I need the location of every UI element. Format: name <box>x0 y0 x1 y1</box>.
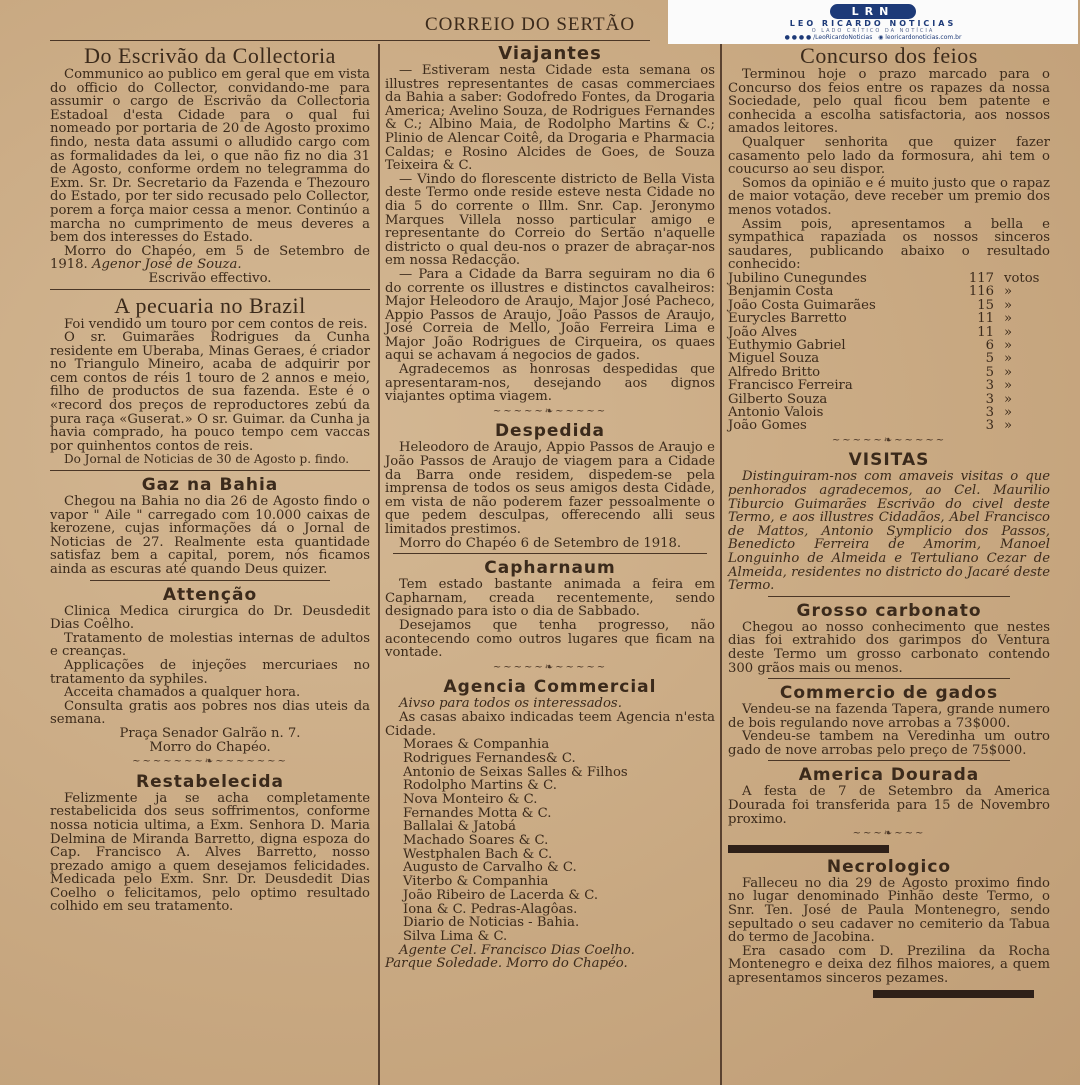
firm-item: Nova Monteiro & C. <box>403 793 715 807</box>
separator <box>50 289 370 290</box>
candidate-name: Miguel Souza <box>728 352 954 365</box>
firm-list: Moraes & CompanhiaRodrigues Fernandes& C… <box>385 738 715 944</box>
article-body: A festa de 7 de Setembro da America Dour… <box>728 785 1050 826</box>
separator <box>768 596 1010 597</box>
article-body: Chegou na Bahia no dia 26 de Agosto find… <box>50 495 370 577</box>
candidate-name: Alfredo Britto <box>728 366 954 379</box>
article-paragraph: Foi vendido um touro por cem contos de r… <box>50 318 370 332</box>
agent-line: Agente Cel. Francisco Dias Coelho. <box>385 944 715 958</box>
article-body: Chegou ao nosso conhecimento que nestes … <box>728 621 1050 675</box>
vote-count: 116 <box>954 285 1004 298</box>
article-paragraph: Desejamos que tenha progresso, não acont… <box>385 619 715 660</box>
article-title: Restabelecida <box>50 772 370 792</box>
article-title: Despedida <box>385 421 715 441</box>
vote-count: 3 <box>954 393 1004 406</box>
firm-item: Rodolpho Martins & C. <box>403 779 715 793</box>
article-title: Concurso dos feios <box>728 44 1050 68</box>
firm-item: Machado Soares & C. <box>403 834 715 848</box>
ad-city: Morro do Chapéo. <box>50 741 370 755</box>
separator <box>90 580 330 581</box>
article-paragraph: Somos da opinião e é muito justo que o r… <box>728 177 1050 218</box>
candidate-name: João Gomes <box>728 419 954 432</box>
vote-count: 15 <box>954 299 1004 312</box>
column-divider <box>378 44 380 1085</box>
lrn-logo-icon: LRN <box>830 4 917 19</box>
masthead-rule <box>50 40 650 41</box>
watermark-banner: LRN LEO RICARDO NOTICIAS O LADO CRÍTICO … <box>668 0 1078 44</box>
article-gaz: Gaz na Bahia Chegou na Bahia no dia 26 d… <box>50 475 370 577</box>
candidate-name: Euthymio Gabriel <box>728 339 954 352</box>
votes-table: Jubilino Cunegundes117votosBenjamin Cost… <box>728 272 1050 433</box>
signature-role: Escrivão effectivo. <box>50 272 370 286</box>
article-paragraph: Tem estado bastante animada a feira em C… <box>385 578 715 619</box>
candidate-name: Benjamin Costa <box>728 285 954 298</box>
candidate-name: Gilberto Souza <box>728 393 954 406</box>
article-viajantes: Viajantes — Estiveram nesta Cidade esta … <box>385 44 715 404</box>
mourning-bar <box>728 845 889 853</box>
firm-item: Diario de Noticias - Bahia. <box>403 916 715 930</box>
column-divider <box>720 44 722 1085</box>
agent-place: Parque Soledade. Morro do Chapéo. <box>385 957 715 971</box>
firm-item: Rodrigues Fernandes& C. <box>403 752 715 766</box>
firm-item: Ballalai & Jatobá <box>403 820 715 834</box>
dateline: Morro do Chapéo 6 de Setembro de 1918. <box>385 537 715 551</box>
vote-row: João Alves11» <box>728 326 1050 339</box>
article-paragraph: Vendeu-se tambem na Veredinha um outro g… <box>728 730 1050 757</box>
article-necrologico: Necrologico Falleceu no dia 29 de Agosto… <box>728 857 1050 986</box>
firm-item: Fernandes Motta & C. <box>403 807 715 821</box>
vote-count: 11 <box>954 312 1004 325</box>
firm-item: João Ribeiro de Lacerda & C. <box>403 889 715 903</box>
firm-item: Viterbo & Companhia <box>403 875 715 889</box>
article-attencao: Attenção Clinica Medica cirurgica do Dr.… <box>50 585 370 755</box>
vote-count: 117 <box>954 272 1004 285</box>
ornament-divider: ~~~~~~~❧~~~~~~~ <box>50 755 370 769</box>
vote-row: Alfredo Britto5» <box>728 366 1050 379</box>
ornament-divider: ~~~❧~~~ <box>728 827 1050 841</box>
vote-count: 5 <box>954 352 1004 365</box>
article-title: Agencia Commercial <box>385 677 715 697</box>
article-title: Viajantes <box>385 44 715 64</box>
article-paragraph: — Vindo do florescente districto de Bell… <box>385 173 715 268</box>
separator <box>393 553 707 554</box>
article-source: Do Jornal de Noticias de 30 de Agosto p.… <box>50 453 370 467</box>
article-title: Attenção <box>50 585 370 605</box>
article-intro: As casas abaixo indicadas teem Agencia n… <box>385 711 715 738</box>
social-icons: ● ● ● ● <box>785 34 814 41</box>
article-title: Commercio de gados <box>728 683 1050 703</box>
article-title: America Dourada <box>728 765 1050 785</box>
vote-unit: » <box>1004 299 1050 312</box>
article-body: Felizmente ja se acha completamente rest… <box>50 792 370 914</box>
vote-count: 5 <box>954 366 1004 379</box>
dateline: Morro do Chapéo, em 5 de Setembro de 191… <box>50 245 370 272</box>
article-concurso: Concurso dos feios Terminou hoje o prazo… <box>728 44 1050 433</box>
article-escrivao: Do Escrivão da Collectoria Communico ao … <box>50 44 370 286</box>
article-paragraph: Assim pois, apresentamos a bella e sympa… <box>728 218 1050 272</box>
vote-row: Benjamin Costa116» <box>728 285 1050 298</box>
article-pecuaria: A pecuaria no Brazil Foi vendido um tour… <box>50 294 370 468</box>
article-agencia: Agencia Commercial Aivso para todos os i… <box>385 677 715 971</box>
candidate-name: Jubilino Cunegundes <box>728 272 954 285</box>
article-despedida: Despedida Heleodoro de Araujo, Appio Pas… <box>385 421 715 550</box>
candidate-name: Francisco Ferreira <box>728 379 954 392</box>
firm-item: Augusto de Carvalho & C. <box>403 861 715 875</box>
vote-unit: » <box>1004 406 1050 419</box>
vote-row: Antonio Valois3» <box>728 406 1050 419</box>
ornament-divider: ~~~~~❧~~~~~ <box>385 661 715 675</box>
vote-unit: » <box>1004 419 1050 432</box>
firm-item: Antonio de Seixas Salles & Filhos <box>403 766 715 780</box>
vote-row: Eurycles Barretto11» <box>728 312 1050 325</box>
vote-count: 3 <box>954 406 1004 419</box>
vote-count: 3 <box>954 419 1004 432</box>
article-paragraph: Agradecemos as honrosas despedidas que a… <box>385 363 715 404</box>
article-title: Necrologico <box>728 857 1050 877</box>
mourning-bar <box>873 990 1034 998</box>
article-restabelecida: Restabelecida Felizmente ja se acha comp… <box>50 772 370 914</box>
vote-row: João Gomes3» <box>728 419 1050 432</box>
candidate-name: Eurycles Barretto <box>728 312 954 325</box>
watermark-social: ● ● ● ● /LeoRicardoNoticias ◉ leoricardo… <box>668 34 1078 42</box>
vote-row: Francisco Ferreira3» <box>728 379 1050 392</box>
separator <box>768 678 1010 679</box>
article-title: Gaz na Bahia <box>50 475 370 495</box>
article-carbonato: Grosso carbonato Chegou ao nosso conheci… <box>728 601 1050 675</box>
article-title: VISITAS <box>728 450 1050 470</box>
vote-count: 11 <box>954 326 1004 339</box>
article-title: A pecuaria no Brazil <box>50 294 370 318</box>
column-3: Concurso dos feios Terminou hoje o prazo… <box>728 44 1050 1002</box>
ad-line: Consulta gratis aos pobres nos dias utei… <box>50 700 370 727</box>
watermark-name: LEO RICARDO NOTICIAS <box>668 19 1078 28</box>
ad-line: Acceita chamados a qualquer hora. <box>50 686 370 700</box>
candidate-name: Antonio Valois <box>728 406 954 419</box>
vote-count: 6 <box>954 339 1004 352</box>
vote-row: Jubilino Cunegundes117votos <box>728 272 1050 285</box>
article-america: America Dourada A festa de 7 de Setembro… <box>728 765 1050 826</box>
vote-row: Euthymio Gabriel6» <box>728 339 1050 352</box>
newspaper-masthead: CORREIO DO SERTÃO <box>425 14 675 36</box>
firm-item: Westphalen Bach & C. <box>403 848 715 862</box>
vote-unit: » <box>1004 379 1050 392</box>
vote-unit: » <box>1004 366 1050 379</box>
article-paragraph: Falleceu no dia 29 de Agosto proximo fin… <box>728 877 1050 945</box>
article-capharnaum: Capharnaum Tem estado bastante animada a… <box>385 558 715 660</box>
vote-unit: » <box>1004 393 1050 406</box>
vote-unit: » <box>1004 312 1050 325</box>
article-paragraph: Qualquer senhorita que quizer fazer casa… <box>728 136 1050 177</box>
ornament-divider: ~~~~~❧~~~~~ <box>728 434 1050 448</box>
article-title: Grosso carbonato <box>728 601 1050 621</box>
vote-unit: » <box>1004 285 1050 298</box>
separator <box>50 470 370 471</box>
article-paragraph: — Estiveram nesta Cidade esta semana os … <box>385 64 715 173</box>
vote-unit: » <box>1004 352 1050 365</box>
firm-item: Moraes & Companhia <box>403 738 715 752</box>
firm-item: Iona & C. Pedras-Alagôas. <box>403 903 715 917</box>
article-body: Distinguiram-nos com amaveis visitas o q… <box>728 470 1050 592</box>
vote-row: João Costa Guimarães15» <box>728 299 1050 312</box>
article-body: Communico ao publico em geral que em vis… <box>50 68 370 245</box>
vote-unit: votos <box>1004 272 1050 285</box>
separator <box>768 760 1010 761</box>
candidate-name: João Alves <box>728 326 954 339</box>
vote-row: Gilberto Souza3» <box>728 393 1050 406</box>
article-paragraph: Terminou hoje o prazo marcado para o Con… <box>728 68 1050 136</box>
column-2: Viajantes — Estiveram nesta Cidade esta … <box>385 44 715 971</box>
vote-count: 3 <box>954 379 1004 392</box>
article-visitas: VISITAS Distinguiram-nos com amaveis vis… <box>728 450 1050 592</box>
ad-line: Applicações de injeções mercuriaes no tr… <box>50 659 370 686</box>
article-paragraph: — Para a Cidade da Barra seguiram no dia… <box>385 268 715 363</box>
article-title: Capharnaum <box>385 558 715 578</box>
article-gados: Commercio de gados Vendeu-se na fazenda … <box>728 683 1050 757</box>
firm-item: Silva Lima & C. <box>403 930 715 944</box>
candidate-name: João Costa Guimarães <box>728 299 954 312</box>
vote-unit: » <box>1004 326 1050 339</box>
column-1: Do Escrivão da Collectoria Communico ao … <box>50 44 370 914</box>
ad-address: Praça Senador Galrão n. 7. <box>50 727 370 741</box>
article-paragraph: Era casado com D. Prezilina da Rocha Mon… <box>728 945 1050 986</box>
article-paragraph: O sr. Guimarães Rodrigues da Cunha resid… <box>50 331 370 453</box>
ornament-divider: ~~~~~❧~~~~~ <box>385 405 715 419</box>
article-title: Do Escrivão da Collectoria <box>50 44 370 68</box>
vote-row: Miguel Souza5» <box>728 352 1050 365</box>
article-subtitle: Aivso para todos os interessados. <box>385 697 715 711</box>
ad-line: Tratamento de molestias internas de adul… <box>50 632 370 659</box>
article-paragraph: Vendeu-se na fazenda Tapera, grande nume… <box>728 703 1050 730</box>
ad-line: Clinica Medica cirurgica do Dr. Deusdedi… <box>50 605 370 632</box>
vote-unit: » <box>1004 339 1050 352</box>
article-body: Heleodoro de Araujo, Appio Passos de Ara… <box>385 441 715 536</box>
